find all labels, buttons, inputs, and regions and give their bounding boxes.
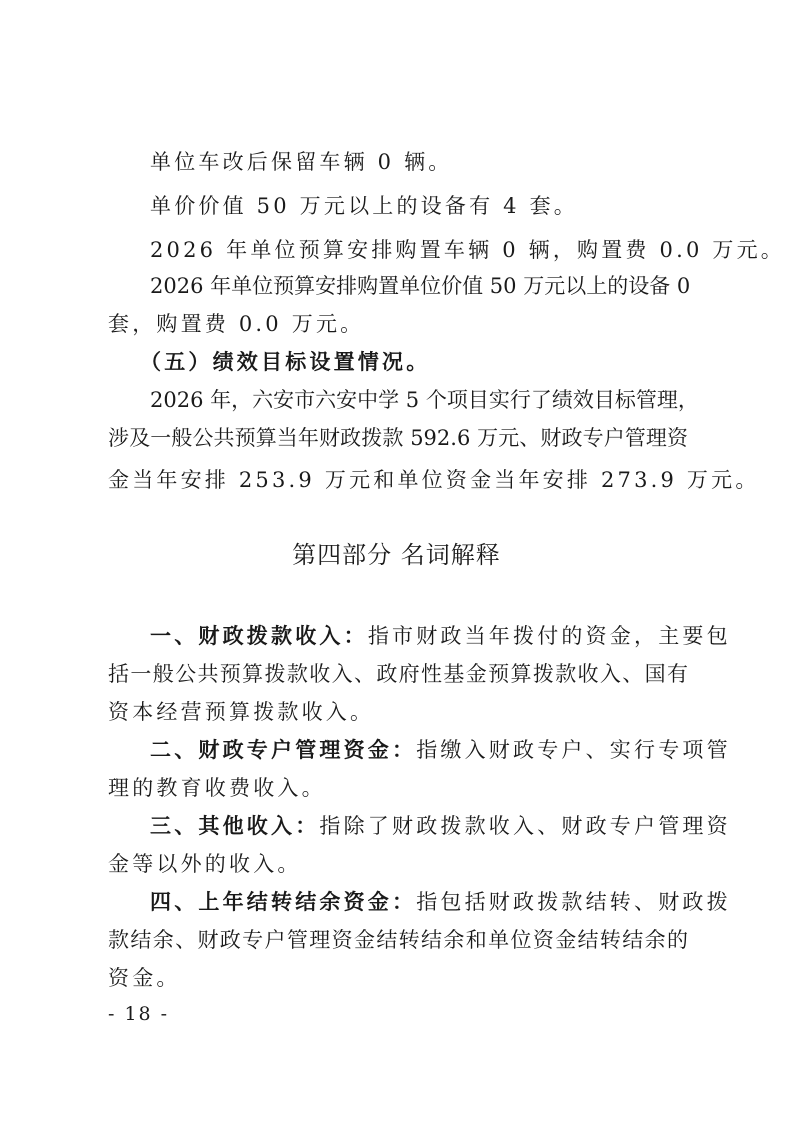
glossary-term-1-cont-1: 括一般公共预算拨款收入、政府性基金预算拨款收入、国有: [108, 660, 688, 688]
glossary-term-1: 一、财政拨款收入：指市财政当年拨付的资金，主要包: [150, 622, 690, 650]
term-definition: 指缴入财政专户、实行专项管: [416, 738, 731, 762]
glossary-term-1-cont-2: 资本经营预算拨款收入。: [108, 698, 688, 726]
paragraph-vehicles-retained: 单位车改后保留车辆 0 辆。: [150, 148, 690, 176]
page-number: - 18 -: [108, 1002, 169, 1026]
paragraph-equipment-budget-line1: 2026 年单位预算安排购置单位价值 50 万元以上的设备 0: [150, 272, 690, 300]
term-definition: 指包括财政拨款结转、财政拨: [416, 890, 731, 914]
glossary-term-3: 三、其他收入：指除了财政拨款收入、财政专户管理资: [150, 812, 690, 840]
glossary-term-3-cont-1: 金等以外的收入。: [108, 850, 688, 878]
section-title-glossary: 第四部分 名词解释: [0, 540, 793, 570]
paragraph-equipment-count: 单价价值 50 万元以上的设备有 4 套。: [150, 192, 690, 220]
paragraph-equipment-budget-line2: 套，购置费 0.0 万元。: [108, 310, 688, 338]
glossary-term-2-cont-1: 理的教育收费收入。: [108, 774, 688, 802]
paragraph-performance-line1: 2026 年，六安市六安中学 5 个项目实行了绩效目标管理，: [150, 386, 690, 414]
subheading-performance-goals: （五）绩效目标设置情况。: [140, 348, 720, 376]
document-page: 单位车改后保留车辆 0 辆。 单价价值 50 万元以上的设备有 4 套。 202…: [0, 0, 793, 1122]
term-definition: 指市财政当年拨付的资金，主要包: [368, 624, 731, 648]
glossary-term-4-cont-2: 资金。: [108, 964, 688, 992]
term-label: 二、财政专户管理资金：: [150, 738, 416, 762]
glossary-term-2: 二、财政专户管理资金：指缴入财政专户、实行专项管: [150, 736, 690, 764]
paragraph-vehicle-budget: 2026 年单位预算安排购置车辆 0 辆，购置费 0.0 万元。: [150, 236, 690, 264]
term-label: 一、财政拨款收入：: [150, 624, 368, 648]
term-definition: 指除了财政拨款收入、财政专户管理资: [319, 814, 730, 838]
paragraph-performance-line2: 涉及一般公共预算当年财政拨款 592.6 万元、财政专户管理资: [108, 424, 688, 452]
glossary-term-4-cont-1: 款结余、财政专户管理资金结转结余和单位资金结转结余的: [108, 926, 688, 954]
term-label: 三、其他收入：: [150, 814, 319, 838]
paragraph-performance-line3: 金当年安排 253.9 万元和单位资金当年安排 273.9 万元。: [108, 466, 688, 494]
glossary-term-4: 四、上年结转结余资金：指包括财政拨款结转、财政拨: [150, 888, 690, 916]
term-label: 四、上年结转结余资金：: [150, 890, 416, 914]
